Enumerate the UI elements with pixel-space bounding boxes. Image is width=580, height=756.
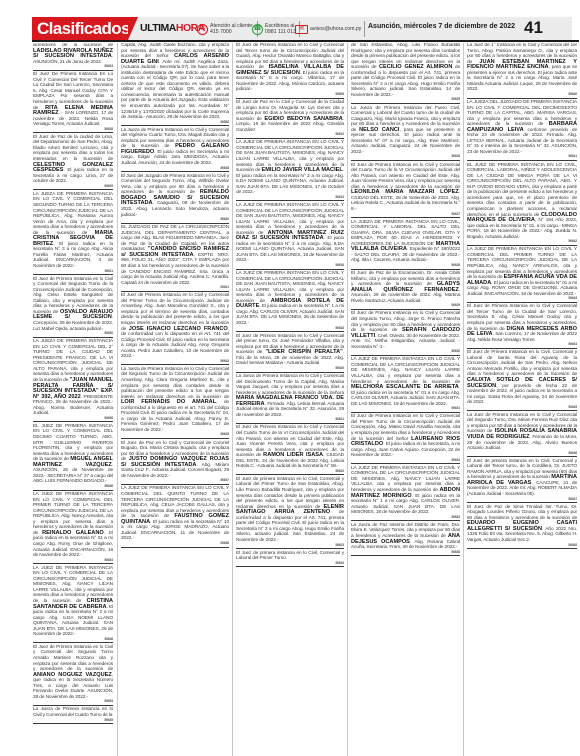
notice-text: El Juez de Paz de la ciudad de Lima, del… (33, 135, 113, 162)
notice-text: La Jueza de Primera Instancia en lo Civi… (33, 707, 113, 718)
notice-text-end: de conformidad a lo dispuesto por el Art… (351, 65, 460, 98)
notice-code: 56636 (33, 485, 113, 489)
deceased-name: MELCHORA ESCALANTE DE ARRIETA (351, 384, 459, 390)
legal-notice: de San Estanislao, Abog. Lilio Franco Bo… (351, 43, 460, 104)
notice-code: 56643 (467, 297, 577, 301)
notice-code: 56645 (467, 406, 577, 410)
legal-notice: LA JUEZ DE PRIMERA INSTANCIA EN LO CIVIL… (351, 466, 460, 522)
deceased-name: LEONILDA MARIA MAZZARI LÓPEZ (351, 189, 459, 195)
logo-part-ultima: ULTIMA (140, 22, 176, 34)
column-4: de San Estanislao, Abog. Lilio Franco Bo… (348, 43, 464, 756)
legal-notice: EL JUEZ DE PRIMERA INSTANCIA EN LO CIVIL… (33, 424, 113, 491)
notice-code: 56633 (351, 516, 460, 520)
notice-code: 56624 (236, 562, 344, 566)
whatsapp-icon: ☎ (252, 24, 263, 35)
legal-notice: LA JUEZA DE PRIMERA INSTANCIA EN LO CIVI… (33, 192, 113, 275)
legal-notice: LA JUEZA DEL JUZGADO DE PRIMERA INSTANCI… (467, 100, 577, 161)
notice-code: 56641 (121, 286, 229, 290)
deceased-name: REINALDO GALEANO (42, 530, 104, 536)
legal-notice: La Juez de 1° Instancia en lo Civil y Co… (467, 43, 577, 99)
notice-text: El Juez de Primera Instancia en lo Civil… (467, 350, 577, 377)
legal-notice: El Juez de Paz en lo Civil y Comercial d… (121, 441, 229, 485)
legal-notice: El Juez del Juzgado de Primera Instancia… (121, 174, 229, 224)
notice-code: 56632 (351, 459, 460, 463)
notice-code: 56643 (121, 360, 229, 364)
phone-number: 415 7000 (210, 29, 254, 35)
notice-code: 56642 (467, 240, 577, 244)
header-rule (32, 40, 579, 42)
divider (364, 21, 365, 37)
legal-notice: El Juez de Paz de la ciudad de Lima, del… (33, 135, 113, 191)
legal-notice: El Juez de primera instancia en lo Civil… (467, 459, 577, 503)
notice-code: 56635 (33, 719, 113, 723)
notice-code: 56629 (351, 304, 460, 308)
notice-text-end: , de conformidad a lo dispuesto en el ar… (121, 400, 229, 433)
notice-text-end: , de conformidad con lo dispuesto en el … (121, 327, 229, 360)
legal-notice: La Juez de Primera Instancia en lo Civil… (467, 413, 577, 457)
deceased-name: RAMON LIDER ISASA (263, 452, 323, 458)
notice-code: 56606 (236, 93, 344, 97)
notice-code: 56641 (467, 155, 577, 159)
customer-service-contact: ✆ Atención al cliente: 415 7000 (197, 20, 254, 38)
notice-code: 56644 (467, 343, 577, 347)
notice-code: 56631 (351, 407, 460, 411)
notice-code: 56628 (33, 128, 113, 132)
deceased-name: LOIR FERNADIS DO AMARAL (121, 399, 216, 405)
email-address: avisos@uhora.com.py (310, 26, 361, 32)
legal-notice: El Juez De Primera Instancia En Lo Civil… (33, 72, 113, 133)
notice-code: 56638 (121, 167, 229, 171)
legal-notice: LA JUEZ DE PRIMERA INSTANCIA EN LO CIVIL… (236, 203, 344, 270)
notice-text-end: . El juicio radica en la secretaria N° 2… (33, 605, 113, 638)
column-2: Capital, Abg. Judith Gaete Bozzano, cita… (118, 43, 233, 756)
notice-code: 56621 (236, 418, 344, 422)
legal-notice: El Juez de Primera Instancia en lo Civil… (121, 293, 229, 365)
deceased-name: JOSE IGNACIO LEZCANO FRANCO (129, 326, 228, 332)
notice-text: El Juez de Primera Instancia en lo Civil… (33, 645, 113, 672)
notice-code: 56645 (121, 433, 229, 437)
legal-notice: acreedores de la sucesión de LADISLAO RI… (33, 43, 113, 71)
deceased-name: CECILIO GENEZ ALMIRON (379, 64, 453, 70)
notice-code: 56648 (467, 544, 577, 548)
notice-code: 56623 (236, 544, 344, 548)
notice-code: 56648 (121, 542, 229, 546)
legal-notice: La Jueza de Primera Instancia en lo Civi… (121, 128, 229, 172)
whatsapp-number: 0981 111 013 (265, 29, 296, 35)
legal-notice: La Jueza de Primera Instancia en lo Civi… (236, 374, 344, 424)
legal-notice: El Juez de Paz de la Encarnación, Dr. An… (351, 271, 460, 310)
legal-notice: LA JUEZA DE PRIMERA INSTANCIA EN LO CIVI… (33, 339, 113, 422)
notice-code: 56647 (467, 498, 577, 502)
notice-code: 56634 (33, 559, 113, 563)
legal-notice: El Juez de Primera Instancia en lo Civil… (236, 334, 344, 373)
notice-code: 56636 (33, 638, 113, 642)
legal-notice: LA JUEZA DE PRIMERA INSTANCIA EN LO CIVI… (351, 220, 460, 270)
phone-icon: ✆ (197, 24, 208, 35)
legal-notice: El Juez de Primera Instancia en lo Civil… (236, 43, 344, 99)
notice-code: 56628 (351, 264, 460, 268)
column-3: El Juez de Primera Instancia en lo Civil… (233, 43, 348, 756)
notice-code: 56638 (351, 551, 460, 555)
notice-code: 56636 (33, 417, 113, 421)
deceased-name: EMILIO JAVIER VILLA MACIEL (262, 167, 343, 173)
notice-code: 56618 (236, 327, 344, 331)
legal-notice: El Juez de Primera Instancia en lo Civil… (467, 350, 577, 411)
deceased-name: ANIANO NOGUEZ VAZQUEZ (33, 672, 112, 678)
notice-code: 56613 (236, 196, 344, 200)
envelope-icon: ✉ (295, 25, 308, 34)
page-header: Clasificados ULTIMAHORA ✆ Atención al cl… (0, 0, 580, 40)
legal-notice: LA JUEZ DE PRIMERA INSTANCIA EN LO CIVIL… (33, 492, 113, 564)
notice-code: 56616 (236, 264, 344, 268)
notice-code: 56627 (351, 213, 460, 217)
legal-notice: El Juez de Primera Instancia en lo Civil… (351, 414, 460, 464)
legal-notice: LA JUEZ DE PRIMERA INSTANCIA EN LO CIVIL… (236, 271, 344, 332)
classified-columns: acreedores de la sucesión de LADISLAO RI… (0, 43, 580, 756)
legal-notice: EL JUEZ DE PRIMERA INSTANCIA EN LO CIVIL… (467, 163, 577, 246)
notice-text: El Juez de Paz de Sima Trinidad 3er. Tur… (467, 505, 577, 521)
legal-notice: LA JUEZ DE PRIMERA INSTANCIA EN LO CIVIL… (351, 357, 460, 413)
legal-notice: La Jueza de Primera Instancia en lo Civi… (121, 367, 229, 439)
legal-notice: EL JUZGADO DE PAZ DE LA CIRCUNSCRIPCIÓN … (121, 225, 229, 292)
deceased-name: NELSO CANCI (359, 127, 399, 133)
legal-notice: El Juez de Primera Instancia en lo Civil… (351, 311, 460, 355)
notice-code: 56654 (33, 700, 113, 704)
legal-notice: El Juez de primera instancia en lo Civil… (236, 551, 344, 568)
notice-code: 56612 (236, 133, 344, 137)
notice-text: El Juez de primera instancia en lo Civil… (236, 551, 344, 562)
section-title: Clasificados (32, 17, 128, 40)
page-number: 41 (524, 18, 543, 38)
publication-date: Asunción, miércoles 7 de diciembre de 20… (368, 23, 515, 30)
legal-notice: La Jueza de Primera Instancia en lo Civi… (33, 707, 113, 724)
notice-code: 56623 (33, 65, 113, 69)
legal-notice: LA JUEZ DE PRIMERA INSTANCIA EN LO CIVIL… (467, 247, 577, 303)
notice-text-end: , EXPTE. NRO. 956, FOLIO 31, AÑO 2022", … (121, 253, 229, 286)
notice-code: 56630 (33, 332, 113, 336)
notice-text-end: de conformidad a lo dispuesto por el Art… (236, 510, 344, 543)
legal-notice: LA JUEZ DE PRIMERA INSTANCIA EN LO CIVIL… (121, 486, 229, 547)
whatsapp-contact: ☎ Escribinos al 0981 111 013 (252, 20, 296, 38)
legal-notice: El Juez de Primera Instancia en lo Civil… (236, 425, 344, 475)
notice-code: 56629 (33, 185, 113, 189)
notice-code: 56625 (351, 98, 460, 102)
newspaper-logo: ULTIMAHORA (128, 17, 196, 40)
legal-notice: El Juez de Primera Instancia en lo Civil… (33, 277, 113, 338)
notice-code: 56630 (351, 350, 460, 354)
legal-notice: LA JUEZ DE PRIMERA INSTANCIA EN LO CIVIL… (236, 140, 344, 201)
notice-code: 56646 (467, 452, 577, 456)
notice-code: 56626 (351, 155, 460, 159)
notice-text: LA JUEZ DE PRIMERA INSTANCIA EN LO CIVIL… (351, 357, 460, 384)
notice-text: EL JUEZ DE PRIMERA INSTANCIA EN LO CIVIL… (467, 163, 577, 218)
deceased-name: LADISLAO RIVAROLA NUÑEZ S/ SUCESIÓN INTE… (33, 48, 113, 60)
legal-notice: El Juez de Primera Instancia en lo Civil… (467, 304, 577, 348)
notice-code: 56622 (236, 470, 344, 474)
legal-notice: El Juez de Primera Instancia en lo Civil… (33, 645, 113, 706)
notice-code: 56611 (33, 270, 113, 274)
notice-code: 56620 (236, 367, 344, 371)
deceased-name: "LIDER CRISPIN PERALTA" (265, 349, 342, 355)
legal-notice: La Jueza de Primera Instancia del Fuero … (351, 106, 460, 162)
legal-notice: El Juez de primera instancia en lo Civil… (236, 477, 344, 549)
column-1: acreedores de la sucesión de LADISLAO RI… (0, 43, 118, 756)
notice-text: La Jueza de Paz Interina del Distrito de… (351, 523, 460, 539)
notice-code: 56582 (121, 121, 229, 125)
notice-text: La Jueza de Primera Instancia en lo Civi… (121, 367, 229, 400)
deceased-name: EGIDIO BEDOYA SANABRIA (264, 116, 342, 122)
legal-notice: Capital, Abg. Judith Gaete Bozzano, cita… (121, 43, 229, 126)
notice-text: La Jueza de Primera Instancia en lo Civi… (236, 374, 344, 396)
notice-code: 56640 (467, 93, 577, 97)
legal-notice: El Juez de Paz en lo Civil y Comercial d… (236, 100, 344, 139)
notice-text-end: . Ante mí: Judith Angélica Zaza. (Actuar… (121, 60, 229, 120)
legal-notice: La Jueza de Paz Interina del Distrito de… (351, 523, 460, 556)
notice-code: 56640 (121, 218, 229, 222)
notice-text: El Juez de Primera Instancia en lo Civil… (351, 163, 460, 190)
legal-notice: El Juez de Primera Instancia en lo Civil… (351, 163, 460, 219)
notice-code: 56647 (121, 479, 229, 483)
legal-notice: LA JUEZ DE PRIMERA INSTANCIA EN LO CIVIL… (33, 566, 113, 644)
column-5: La Juez de 1° Instancia en lo Civil y Co… (464, 43, 580, 756)
email-contact: ✉ avisos@uhora.com.py (295, 20, 361, 38)
legal-notice: El Juez de Paz de Sima Trinidad 3er. Tur… (467, 505, 577, 549)
